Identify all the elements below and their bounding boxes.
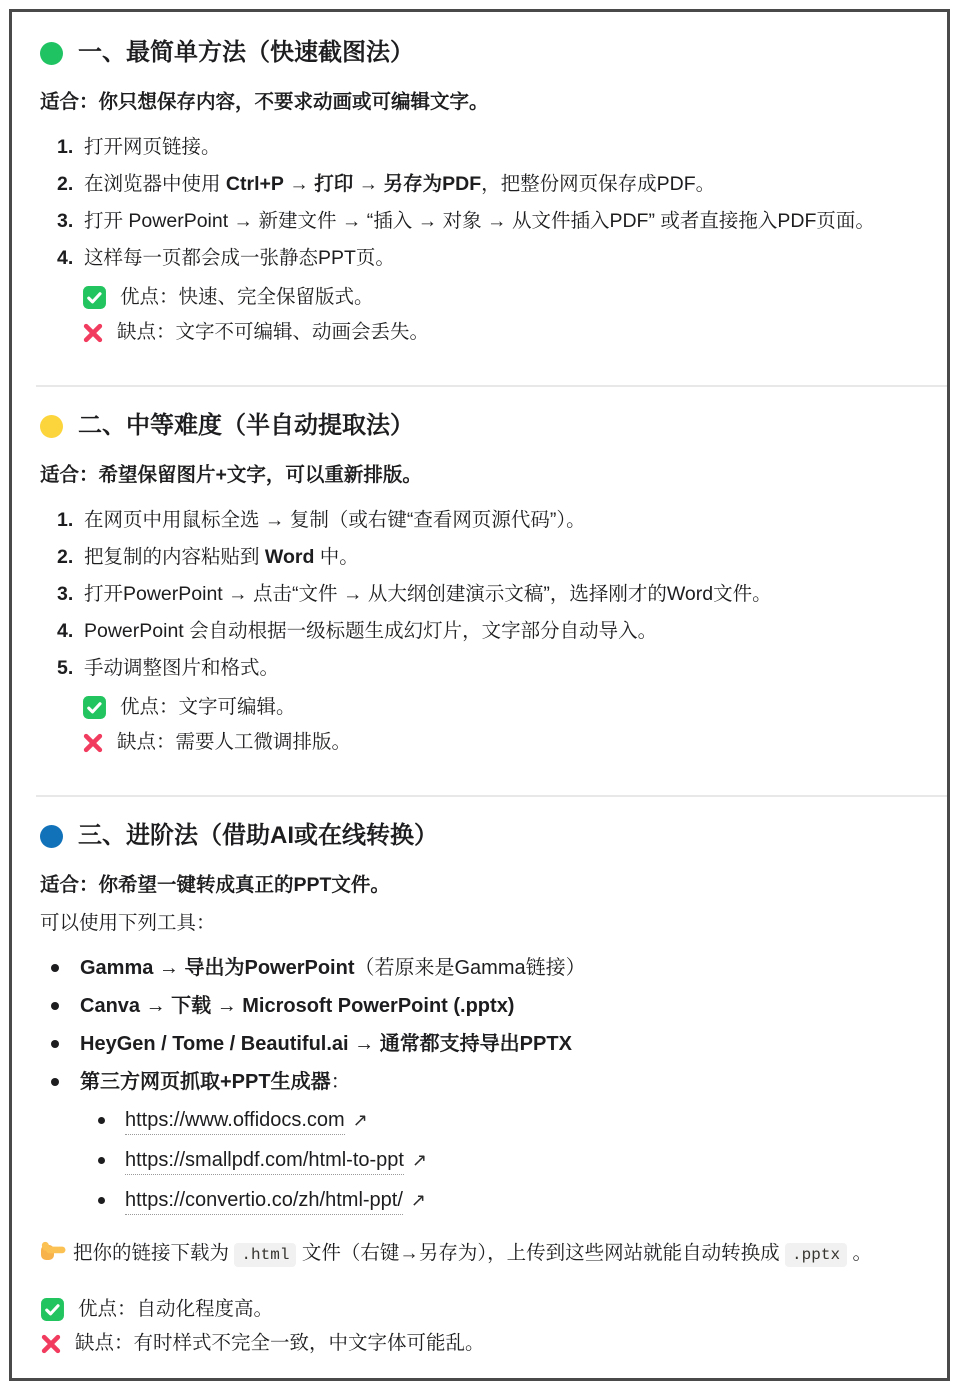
list-item: Canva → 下载 → Microsoft PowerPoint (.pptx…: [40, 994, 939, 1018]
step-number: 3.: [57, 209, 84, 233]
pointing-finger-icon: [40, 1239, 66, 1263]
list-item: 2. 把复制的内容粘贴到 Word 中。: [40, 545, 939, 569]
list-item: Gamma → 导出为PowerPoint（若原来是Gamma链接）: [40, 956, 939, 980]
tools-list: Gamma → 导出为PowerPoint（若原来是Gamma链接） Canva…: [40, 956, 939, 1094]
bullet-dot-icon: [98, 1117, 105, 1124]
section-3-title-row: 三、进阶法（借助AI或在线转换）: [40, 821, 939, 851]
list-item: 5. 手动调整图片和格式。: [40, 656, 939, 680]
external-link-smallpdf[interactable]: https://smallpdf.com/html-to-ppt: [125, 1148, 404, 1175]
list-item: 2. 在浏览器中使用 Ctrl+P → 打印 → 另存为PDF，把整份网页保存成…: [40, 172, 939, 196]
section-method-3: 三、进阶法（借助AI或在线转换） 适合：你希望一键转成真正的PPT文件。 可以使…: [40, 821, 939, 1356]
pros-line: 优点：文字可编辑。: [82, 695, 939, 720]
pros-text: 优点：快速、完全保留版式。: [120, 285, 374, 310]
code-chip-html: .html: [234, 1243, 296, 1267]
green-dot-icon: [40, 42, 63, 65]
section-2-title: 二、中等难度（半自动提取法）: [78, 411, 414, 441]
link-item: https://convertio.co/zh/html-ppt/ ↗: [40, 1188, 939, 1215]
section-1-steps-list: 1. 打开网页链接。 2. 在浏览器中使用 Ctrl+P → 打印 → 另存为P…: [40, 135, 939, 270]
step-number: 2.: [57, 545, 84, 569]
bullet-dot-icon: [98, 1157, 105, 1164]
yellow-dot-icon: [40, 415, 63, 438]
link-item: https://www.offidocs.com ↗: [40, 1108, 939, 1135]
section-3-fit-line: 适合：你希望一键转成真正的PPT文件。: [40, 873, 939, 898]
step-text: PowerPoint 会自动根据一级标题生成幻灯片，文字部分自动导入。: [84, 619, 939, 643]
section-2-steps-list: 1. 在网页中用鼠标全选 → 复制（或右键“查看网页源代码”）。 2. 把复制的…: [40, 508, 939, 680]
pros-line: 优点：自动化程度高。: [40, 1297, 939, 1322]
list-item: HeyGen / Tome / Beautiful.ai → 通常都支持导出PP…: [40, 1032, 939, 1056]
step-text: 打开PowerPoint → 点击“文件 → 从大纲创建演示文稿”，选择刚才的W…: [84, 582, 939, 606]
list-item: 3. 打开 PowerPoint → 新建文件 → “插入 → 对象 → 从文件…: [40, 209, 939, 233]
step-number: 3.: [57, 582, 84, 606]
section-3-title: 三、进阶法（借助AI或在线转换）: [78, 821, 438, 851]
code-chip-pptx: .pptx: [785, 1243, 847, 1267]
bullet-dot-icon: [51, 1078, 59, 1086]
step-number: 1.: [57, 508, 84, 532]
external-link-offidocs[interactable]: https://www.offidocs.com: [125, 1108, 345, 1135]
cons-line: 缺点：有时样式不完全一致，中文字体可能乱。: [40, 1331, 939, 1356]
cross-icon: [82, 322, 104, 344]
tools-intro: 可以使用下列工具：: [40, 911, 939, 936]
section-2-fit-line: 适合：希望保留图片+文字，可以重新排版。: [40, 463, 939, 488]
tool-text: 第三方网页抓取+PPT生成器：: [80, 1070, 351, 1094]
step-number: 2.: [57, 172, 84, 196]
blue-dot-icon: [40, 825, 63, 848]
section-1-fit-line: 适合：你只想保存内容，不要求动画或可编辑文字。: [40, 90, 939, 115]
bullet-dot-icon: [98, 1197, 105, 1204]
pros-line: 优点：快速、完全保留版式。: [82, 285, 939, 310]
link-item: https://smallpdf.com/html-to-ppt ↗: [40, 1148, 939, 1175]
step-text: 手动调整图片和格式。: [84, 656, 939, 680]
check-icon: [82, 695, 107, 720]
step-text: 把复制的内容粘贴到 Word 中。: [84, 545, 939, 569]
list-item: 4. 这样每一页都会成一张静态PPT页。: [40, 246, 939, 270]
section-method-1: 一、最简单方法（快速截图法） 适合：你只想保存内容，不要求动画或可编辑文字。 1…: [40, 38, 939, 345]
list-item: 3. 打开PowerPoint → 点击“文件 → 从大纲创建演示文稿”，选择刚…: [40, 582, 939, 606]
step-text: 打开 PowerPoint → 新建文件 → “插入 → 对象 → 从文件插入P…: [84, 209, 939, 233]
pros-text: 优点：自动化程度高。: [78, 1297, 273, 1322]
step-text: 在浏览器中使用 Ctrl+P → 打印 → 另存为PDF，把整份网页保存成PDF…: [84, 172, 939, 196]
step-text: 这样每一页都会成一张静态PPT页。: [84, 246, 939, 270]
tool-text: Gamma → 导出为PowerPoint（若原来是Gamma链接）: [80, 956, 586, 980]
tool-text: Canva → 下载 → Microsoft PowerPoint (.pptx…: [80, 994, 514, 1018]
step-text: 打开网页链接。: [84, 135, 939, 159]
tip-line: 把你的链接下载为 .html 文件（右键→另存为），上传到这些网站就能自动转换成…: [40, 1238, 939, 1270]
cons-line: 缺点：需要人工微调排版。: [82, 730, 939, 755]
check-icon: [82, 285, 107, 310]
section-2-title-row: 二、中等难度（半自动提取法）: [40, 411, 939, 441]
cons-text: 缺点：有时样式不完全一致，中文字体可能乱。: [75, 1331, 485, 1356]
cross-icon: [82, 732, 104, 754]
list-item: 1. 打开网页链接。: [40, 135, 939, 159]
section-divider: [36, 385, 947, 387]
step-number: 4.: [57, 619, 84, 643]
document-body: 一、最简单方法（快速截图法） 适合：你只想保存内容，不要求动画或可编辑文字。 1…: [12, 12, 947, 1356]
cons-text: 缺点：需要人工微调排版。: [117, 730, 351, 755]
bullet-dot-icon: [51, 964, 59, 972]
cons-text: 缺点：文字不可编辑、动画会丢失。: [117, 320, 429, 345]
tool-text: HeyGen / Tome / Beautiful.ai → 通常都支持导出PP…: [80, 1032, 572, 1056]
section-1-title: 一、最简单方法（快速截图法）: [78, 38, 414, 68]
section-1-title-row: 一、最简单方法（快速截图法）: [40, 38, 939, 68]
check-icon: [40, 1297, 65, 1322]
external-arrow-icon: ↗: [353, 1108, 368, 1132]
list-item: 1. 在网页中用鼠标全选 → 复制（或右键“查看网页源代码”）。: [40, 508, 939, 532]
external-arrow-icon: ↗: [411, 1188, 426, 1212]
cross-icon: [40, 1333, 62, 1355]
page-frame: 一、最简单方法（快速截图法） 适合：你只想保存内容，不要求动画或可编辑文字。 1…: [9, 9, 950, 1381]
cons-line: 缺点：文字不可编辑、动画会丢失。: [82, 320, 939, 345]
external-link-convertio[interactable]: https://convertio.co/zh/html-ppt/: [125, 1188, 403, 1215]
step-number: 5.: [57, 656, 84, 680]
external-arrow-icon: ↗: [412, 1148, 427, 1172]
section-method-2: 二、中等难度（半自动提取法） 适合：希望保留图片+文字，可以重新排版。 1. 在…: [40, 411, 939, 755]
links-list: https://www.offidocs.com ↗ https://small…: [40, 1108, 939, 1215]
section-divider: [36, 795, 947, 797]
step-number: 4.: [57, 246, 84, 270]
bullet-dot-icon: [51, 1040, 59, 1048]
list-item: 第三方网页抓取+PPT生成器：: [40, 1070, 939, 1094]
list-item: 4. PowerPoint 会自动根据一级标题生成幻灯片，文字部分自动导入。: [40, 619, 939, 643]
pros-text: 优点：文字可编辑。: [120, 695, 296, 720]
step-number: 1.: [57, 135, 84, 159]
bullet-dot-icon: [51, 1002, 59, 1010]
step-text: 在网页中用鼠标全选 → 复制（或右键“查看网页源代码”）。: [84, 508, 939, 532]
